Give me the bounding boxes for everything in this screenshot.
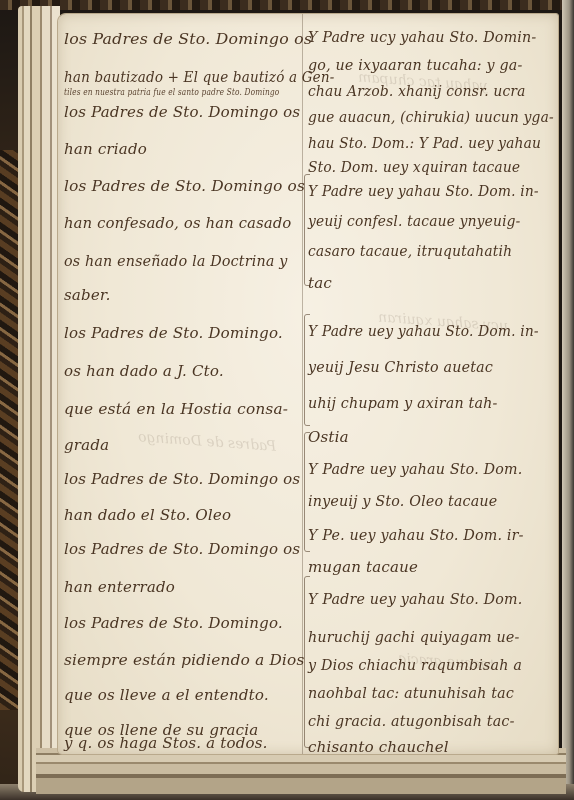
text-line: han criado bbox=[64, 140, 147, 158]
text-line: los Padres de Sto. Domingo os bbox=[64, 540, 300, 558]
text-line: chisanto chauchel bbox=[308, 738, 449, 756]
text-line: los Padres de Sto. Domingo. bbox=[64, 324, 283, 342]
text-line: Y Padre ucy yahau Sto. Domin- bbox=[308, 28, 536, 46]
text-line: han enterrado bbox=[64, 578, 175, 596]
text-line: los Padres de Sto. Domingo os bbox=[64, 30, 312, 48]
text-line: Y Pe. uey yahau Sto. Dom. ir- bbox=[308, 526, 524, 544]
text-line: Y Padre uey yahau Sto. Dom. in- bbox=[308, 322, 539, 340]
text-line: mugan tacaue bbox=[308, 558, 418, 576]
text-line: los Padres de Sto. Domingo os bbox=[64, 470, 300, 488]
book-cover-right bbox=[562, 0, 574, 800]
text-line: Ostia bbox=[308, 428, 349, 446]
text-line: y Dios chiachu raqumbisah a bbox=[308, 656, 522, 674]
text-line: han confesado, os han casado bbox=[64, 214, 291, 232]
column-divider bbox=[302, 14, 303, 754]
text-line: Y Padre uey yahau Sto. Dom. in- bbox=[308, 182, 539, 200]
text-line: huruchij gachi quiyagam ue- bbox=[308, 628, 519, 646]
text-line: chau Arzob. xhanij consr. ucra bbox=[308, 82, 526, 100]
text-line: Y Padre uey yahau Sto. Dom. bbox=[308, 460, 522, 478]
text-line: os han dado a J. Cto. bbox=[64, 362, 224, 380]
text-line: y q. os haga Stos. a todos. bbox=[64, 734, 268, 752]
text-line: inyeuij y Sto. Oleo tacaue bbox=[308, 492, 497, 510]
text-line: yeuij Jesu Christo auetac bbox=[308, 358, 493, 376]
text-line: que os lleve a el entendto. bbox=[64, 686, 269, 704]
text-line: saber. bbox=[64, 286, 111, 304]
text-line: casaro tacaue, itruqutahatih bbox=[308, 242, 512, 260]
annotation-line: tiles en nuestra patria fue el santo pad… bbox=[64, 87, 279, 98]
text-line: os han enseñado la Doctrina y bbox=[64, 252, 288, 270]
text-line: tac bbox=[308, 274, 332, 292]
text-line: siempre están pidiendo a Dios bbox=[64, 651, 305, 669]
text-line: uhij chupam y axiran tah- bbox=[308, 394, 498, 412]
text-line: han dado el Sto. Oleo bbox=[64, 506, 231, 524]
ink-bleed-through: Padres de Domingo bbox=[138, 429, 277, 455]
text-line: yeuij confesl. tacaue ynyeuig- bbox=[308, 212, 521, 230]
text-line: los Padres de Sto. Domingo os bbox=[64, 177, 305, 195]
book-cover-top bbox=[0, 0, 574, 10]
stacked-page-edges-bottom bbox=[36, 748, 566, 794]
text-line: han bautizado + El que bautizó a Gen- bbox=[64, 68, 334, 86]
text-line: chi gracia. atugonbisah tac- bbox=[308, 712, 515, 730]
text-line: naohbal tac: atunuhisah tac bbox=[308, 684, 514, 702]
text-line: hau Sto. Dom.: Y Pad. uey yahau bbox=[308, 134, 541, 152]
text-line: gue auacun, (chirukia) uucun yga- bbox=[308, 108, 554, 126]
text-line: los Padres de Sto. Domingo os bbox=[64, 103, 300, 121]
text-line: grada bbox=[64, 436, 109, 454]
manuscript-page: yahau tac chupam ucy sahau xquiran Padre… bbox=[58, 14, 558, 754]
manuscript-photo: yahau tac chupam ucy sahau xquiran Padre… bbox=[0, 0, 574, 800]
text-line: los Padres de Sto. Domingo. bbox=[64, 614, 283, 632]
stacked-page-edges-left bbox=[18, 6, 60, 792]
text-line: Y Padre uey yahau Sto. Dom. bbox=[308, 590, 522, 608]
text-line: go, ue ixyaaran tucaha: y ga- bbox=[308, 56, 522, 74]
text-line: que está en la Hostia consa- bbox=[64, 400, 288, 418]
text-line: Sto. Dom. uey xquiran tacaue bbox=[308, 158, 520, 176]
